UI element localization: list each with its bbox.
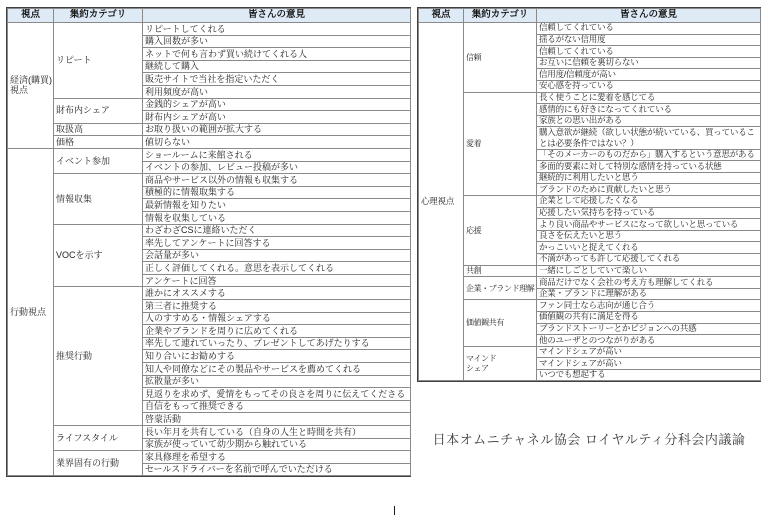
opinion-cell: わざわざCSに連絡いただく <box>143 224 411 237</box>
opinion-cell: 信頼してくれている <box>537 46 761 58</box>
header-row: 視点集約カテゴリ皆さんの意見 <box>8 9 411 23</box>
table-body: 経済(購買) 視点リピートリピートしてくれる購入回数が多いネットで何も言わず買い… <box>8 23 411 476</box>
opinion-cell: 利用頻度が高い <box>143 85 411 98</box>
opinion-cell: お互いに信頼を裏切らない <box>537 57 761 69</box>
column-header: 集約カテゴリ <box>54 9 143 23</box>
opinion-cell: 家具修理を希望する <box>143 451 411 464</box>
opinion-cell: 長い年月を共有している（自身の人生と時間を共有） <box>143 426 411 439</box>
opinion-cell: 誰かにオススメする <box>143 287 411 300</box>
opinion-table: 視点集約カテゴリ皆さんの意見 経済(購買) 視点リピートリピートしてくれる購入回… <box>7 8 411 476</box>
table-body: 心理視点信頼信頼してくれている揺るがない信用度信頼してくれているお互いに信頼を裏… <box>419 23 761 381</box>
opinion-cell: 家族が使っていて幼少期から触れている <box>143 438 411 451</box>
opinion-cell: 自信をもって推奨できる <box>143 400 411 413</box>
opinion-table: 視点集約カテゴリ皆さんの意見 心理視点信頼信頼してくれている揺るがない信用度信頼… <box>418 8 761 381</box>
table-row: VOCを示すわざわざCSに連絡いただく <box>8 224 411 237</box>
category-cell: 応援 <box>464 195 537 265</box>
category-cell: 愛着 <box>464 92 537 195</box>
opinion-cell: 継続的に利用したいと思う <box>537 172 761 184</box>
category-cell: 価格 <box>54 136 143 149</box>
opinion-cell: セールスドライバーを名前で呼んでいただける <box>143 463 411 476</box>
opinion-cell: 率先して連れていったり、プレゼントしてあげたりする <box>143 337 411 350</box>
opinion-cell: 第三者に推奨する <box>143 300 411 313</box>
column-header: 皆さんの意見 <box>143 9 411 23</box>
viewpoint-cell: 行動視点 <box>8 148 54 475</box>
psychological-table: 視点集約カテゴリ皆さんの意見 心理視点信頼信頼してくれている揺るがない信用度信頼… <box>417 7 761 382</box>
opinion-cell: 啓蒙活動 <box>143 413 411 426</box>
table-row: 財布内シェア金銭的シェアが高い <box>8 98 411 111</box>
source-caption: 日本オムニチャネル協会 ロイヤルティ分科会内議論 <box>417 429 761 448</box>
economic-behavior-table: 視点集約カテゴリ皆さんの意見 経済(購買) 視点リピートリピートしてくれる購入回… <box>6 7 411 477</box>
opinion-cell: ファン同士なら志向が通じ合う <box>537 300 761 312</box>
table-row: 応援企業として応援したくなる <box>419 195 761 207</box>
opinion-cell: 良さを伝えたいと思う <box>537 230 761 242</box>
opinion-cell: 不満があっても許して応援してくれる <box>537 253 761 265</box>
opinion-cell: 積極的に情報取集する <box>143 186 411 199</box>
category-cell: ライフスタイル <box>54 426 143 451</box>
table-row: 企業・ブランド理解商品だけでなく会社の考え方も理解してくれる <box>419 277 761 289</box>
table-header: 視点集約カテゴリ皆さんの意見 <box>419 9 761 23</box>
category-cell: VOCを示す <box>54 224 143 287</box>
table-row: マインド シェアマインドシェアが高い <box>419 346 761 358</box>
opinion-cell: 率先してアンケートに回答する <box>143 237 411 250</box>
opinion-cell: 購入回数が多い <box>143 35 411 48</box>
table-row: 推奨行動誰かにオススメする <box>8 287 411 300</box>
category-cell: 信頼 <box>464 23 537 93</box>
opinion-cell: 人のすすめる・情報シェアする <box>143 312 411 325</box>
opinion-cell: かっこいいと捉えてくれる <box>537 242 761 254</box>
table-row: 情報収集商品やサービス以外の情報も収集する <box>8 174 411 187</box>
opinion-cell: 最新情報を知りたい <box>143 199 411 212</box>
viewpoint-cell: 心理視点 <box>419 23 464 381</box>
table-row: 行動視点イベント参加ショールームに来館される <box>8 148 411 161</box>
opinion-cell: リピートしてくれる <box>143 23 411 36</box>
column-header: 皆さんの意見 <box>537 9 761 23</box>
opinion-cell: 金銭的シェアが高い <box>143 98 411 111</box>
column-header: 視点 <box>419 9 464 23</box>
opinion-cell: 情報を収集している <box>143 211 411 224</box>
opinion-cell: 揺るがない信用度 <box>537 34 761 46</box>
opinion-cell: 知人や同僚などにその製品やサービスを薦めてくれる <box>143 363 411 376</box>
opinion-cell: 見返りを求めず、愛情をもってその良さを周りに伝えてくださる <box>143 388 411 401</box>
table-row: 愛着長く使うことに愛着を感じてる <box>419 92 761 104</box>
opinion-cell: ブランドのために貢献したいと思う <box>537 184 761 196</box>
opinion-cell: 商品だけでなく会社の考え方も理解してくれる <box>537 277 761 289</box>
opinion-cell: 企業やブランドを周りに広めてくれる <box>143 325 411 338</box>
opinion-cell: ネットで何も言わず買い続けてくれる人 <box>143 48 411 61</box>
text-cursor-mark <box>394 506 395 515</box>
category-cell: 共創 <box>464 265 537 277</box>
opinion-cell: 販売サイトで当社を指定いただく <box>143 73 411 86</box>
opinion-cell: 応援したい気持ちを持っている <box>537 207 761 219</box>
opinion-cell: 一緒にしごとしていて楽しい <box>537 265 761 277</box>
table-row: 心理視点信頼信頼してくれている <box>419 23 761 35</box>
opinion-cell: 商品やサービス以外の情報も収集する <box>143 174 411 187</box>
opinion-cell: 正しく評価してくれる。意思を表示してくれる <box>143 262 411 275</box>
opinion-cell: 「そのメーカーのものだから」購入するという意思がある <box>537 149 761 161</box>
category-cell: リピート <box>54 23 143 99</box>
header-row: 視点集約カテゴリ皆さんの意見 <box>419 9 761 23</box>
opinion-cell: 価値観の共有に満足を得る <box>537 311 761 323</box>
opinion-cell: 企業・ブランドに理解がある <box>537 288 761 300</box>
opinion-cell: 家族との思い出がある <box>537 115 761 127</box>
category-cell: 業界固有の行動 <box>54 451 143 476</box>
opinion-cell: 信頼してくれている <box>537 23 761 35</box>
opinion-cell: アンケートに回答 <box>143 274 411 287</box>
column-header: 集約カテゴリ <box>464 9 537 23</box>
category-cell: 情報収集 <box>54 174 143 224</box>
opinion-cell: ブランドストーリーとかビジョンへの共感 <box>537 323 761 335</box>
table-header: 視点集約カテゴリ皆さんの意見 <box>8 9 411 23</box>
opinion-cell: 購入意欲が継続（欲しい状態が続いている、買っていることは必要条件ではない？） <box>537 127 761 149</box>
table-row: ライフスタイル長い年月を共有している（自身の人生と時間を共有） <box>8 426 411 439</box>
table-row: 価格値切らない <box>8 136 411 149</box>
category-cell: 企業・ブランド理解 <box>464 277 537 300</box>
column-header: 視点 <box>8 9 54 23</box>
table-row: 経済(購買) 視点リピートリピートしてくれる <box>8 23 411 36</box>
opinion-cell: ショールームに来館される <box>143 148 411 161</box>
table-row: 業界固有の行動家具修理を希望する <box>8 451 411 464</box>
opinion-cell: 企業として応援したくなる <box>537 195 761 207</box>
opinion-cell: 拡散量が多い <box>143 375 411 388</box>
opinion-cell: 長く使うことに愛着を感じてる <box>537 92 761 104</box>
opinion-cell: 感情的にも好きになってくれている <box>537 104 761 116</box>
category-cell: 財布内シェア <box>54 98 143 123</box>
opinion-cell: 信用度/信頼度が高い <box>537 69 761 81</box>
opinion-cell: 会話量が多い <box>143 249 411 262</box>
category-cell: マインド シェア <box>464 346 537 381</box>
table-row: 取扱高お取り扱いの範囲が拡大する <box>8 123 411 136</box>
opinion-cell: 安心感を持っている <box>537 80 761 92</box>
opinion-cell: いつでも想起する <box>537 369 761 381</box>
opinion-cell: 多面的要素に対して特別な感情を持っている状態 <box>537 161 761 173</box>
opinion-cell: 継続して購入 <box>143 60 411 73</box>
table-row: 価値観共有ファン同士なら志向が通じ合う <box>419 300 761 312</box>
opinion-cell: 知り合いにお勧めする <box>143 350 411 363</box>
category-cell: 取扱高 <box>54 123 143 136</box>
opinion-cell: より良い商品やサービスになって欲しいと思っている <box>537 219 761 231</box>
opinion-cell: イベントの参加、レビュー投稿が多い <box>143 161 411 174</box>
table-row: 共創一緒にしごとしていて楽しい <box>419 265 761 277</box>
opinion-cell: 財布内シェアが高い <box>143 111 411 124</box>
opinion-cell: マインドシェアが高い <box>537 358 761 370</box>
viewpoint-cell: 経済(購買) 視点 <box>8 23 54 149</box>
opinion-cell: 値切らない <box>143 136 411 149</box>
opinion-cell: 他のユーザとのつながりがある <box>537 335 761 347</box>
category-cell: イベント参加 <box>54 148 143 173</box>
opinion-cell: マインドシェアが高い <box>537 346 761 358</box>
category-cell: 価値観共有 <box>464 300 537 346</box>
opinion-cell: お取り扱いの範囲が拡大する <box>143 123 411 136</box>
category-cell: 推奨行動 <box>54 287 143 426</box>
